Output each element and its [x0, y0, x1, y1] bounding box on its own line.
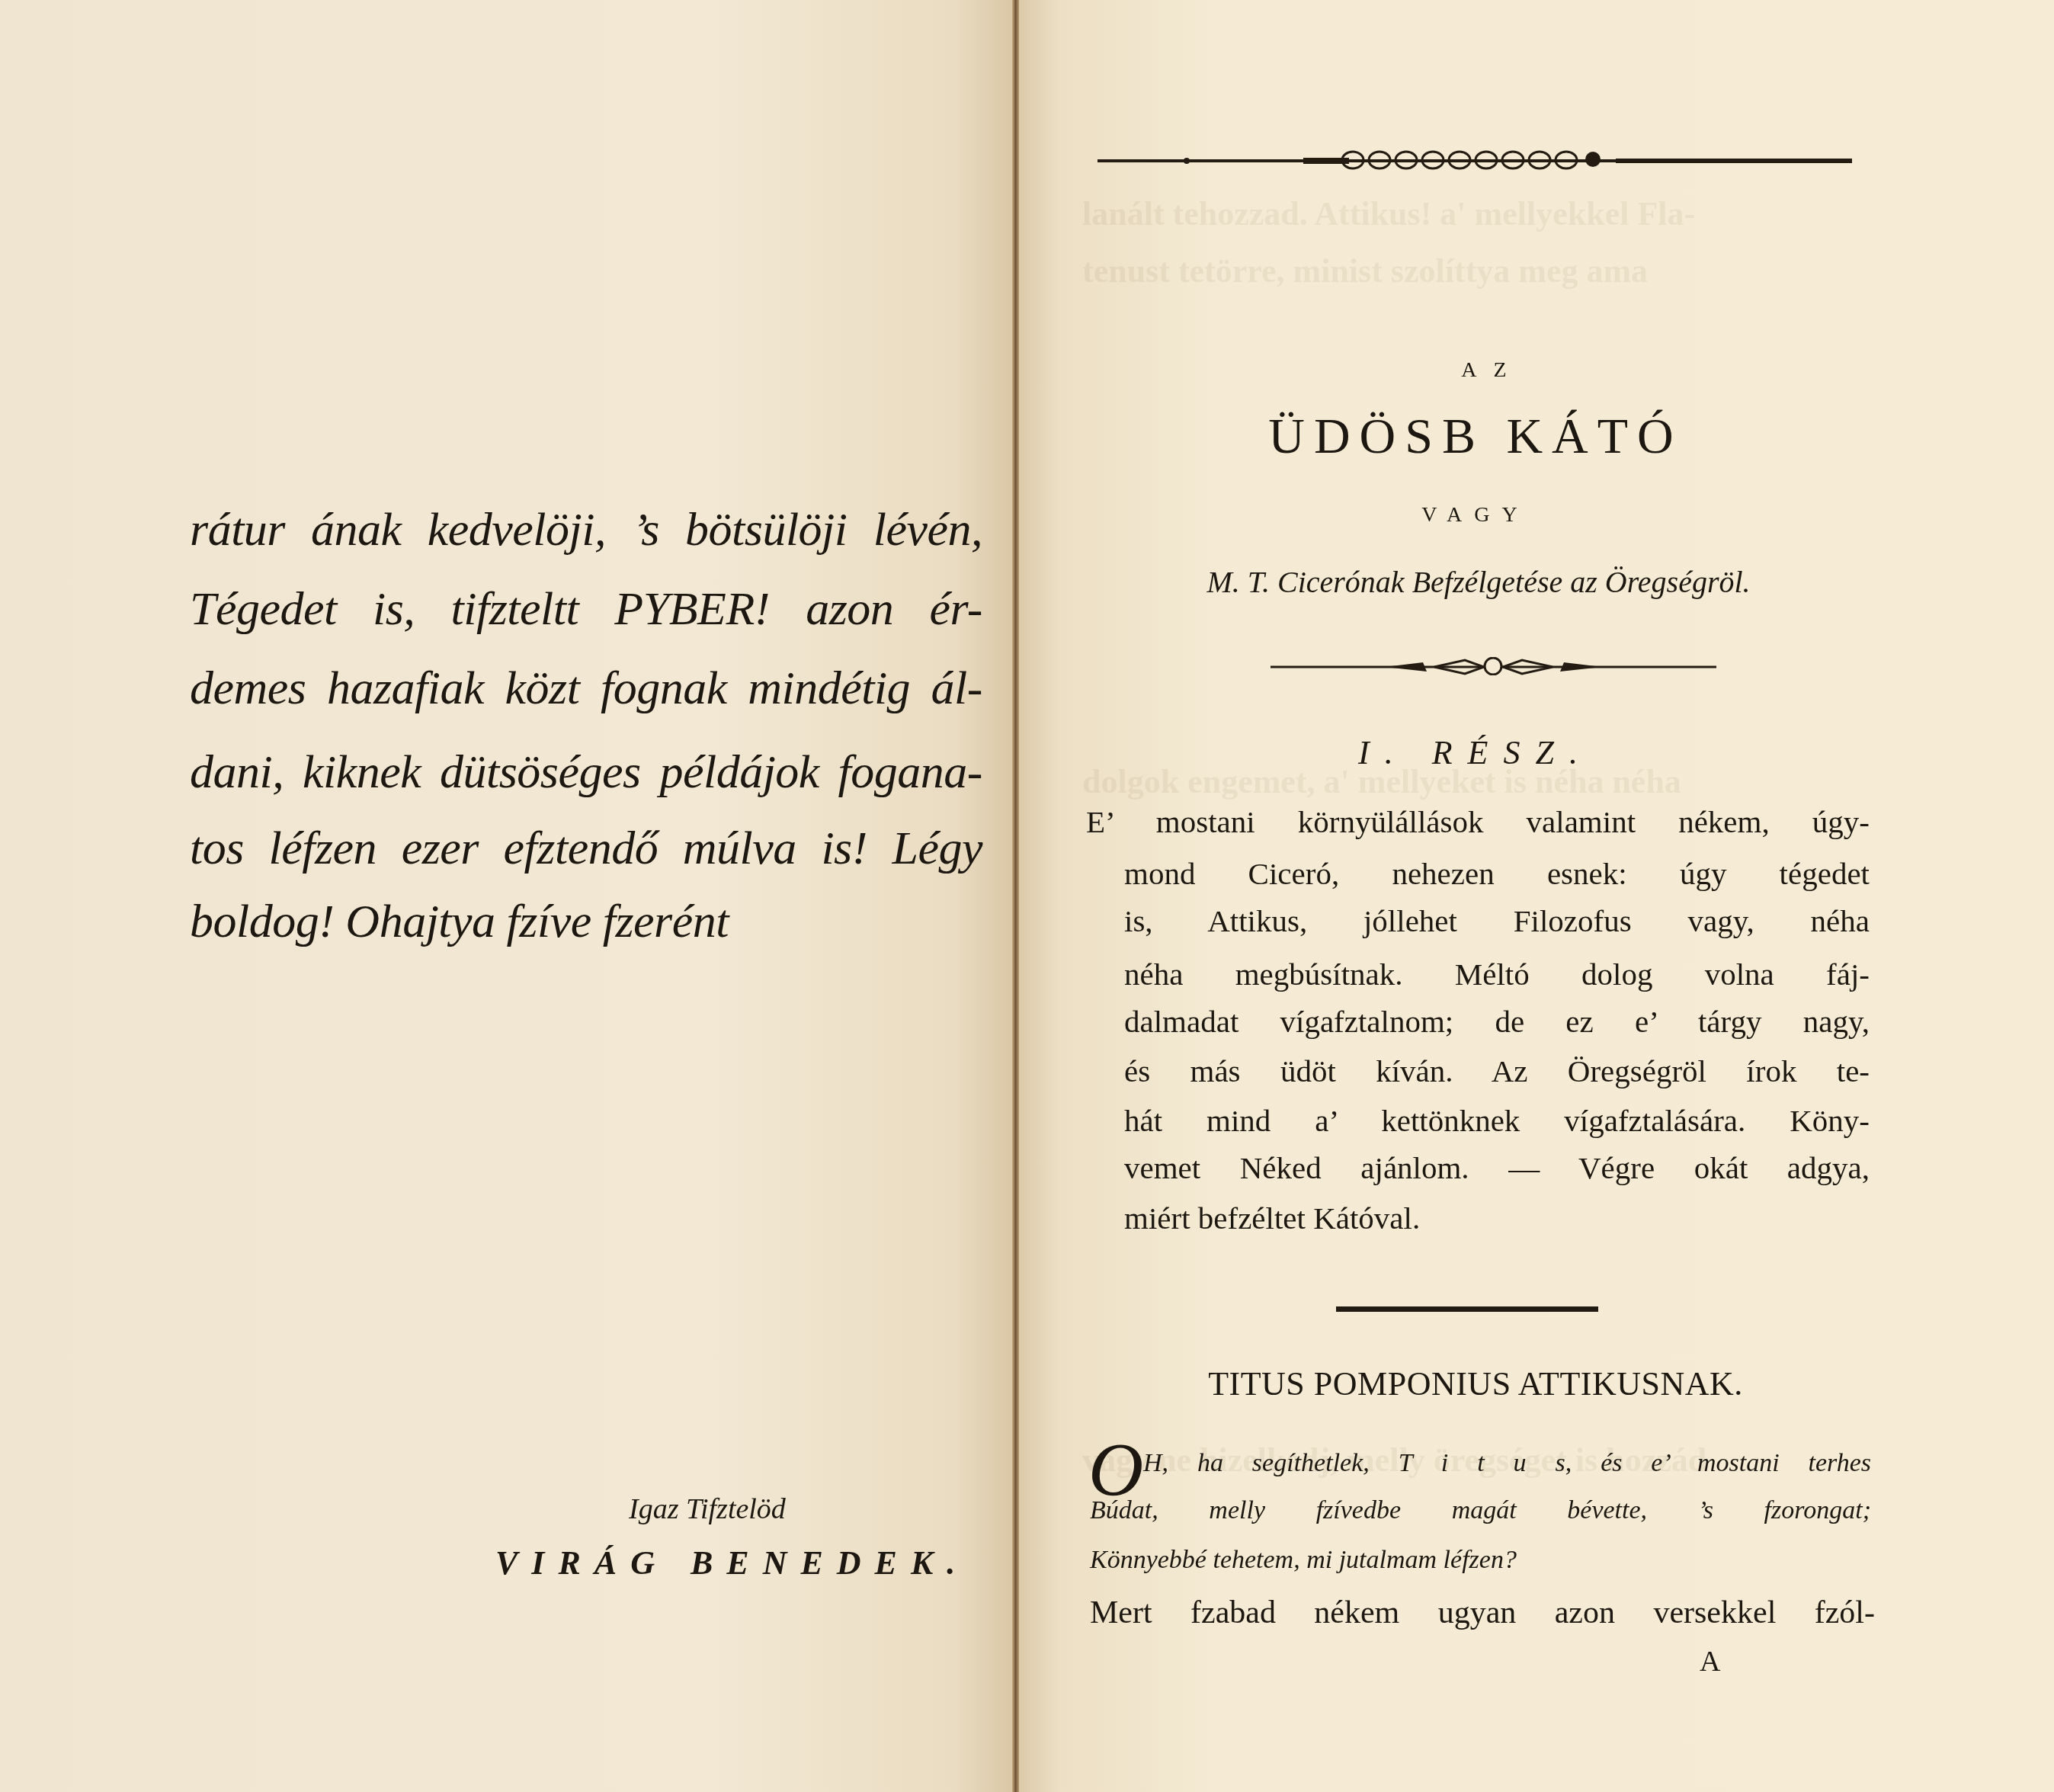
book-gutter	[1012, 0, 1019, 1792]
poem-line: H, ha segíthetlek, T i t u s, és e’ most…	[1143, 1451, 1871, 1476]
section-heading: I. RÉSZ.	[1018, 733, 1933, 772]
bleed-through-text: tenust tetörre, minist szolíttya meg ama	[1082, 252, 1648, 290]
poem-line: Búdat, melly fzívedbe magát bévette, ’s …	[1090, 1498, 1871, 1524]
book-subtitle: M. T. Cicerónak Befzélgetése az Öregségr…	[1097, 564, 1860, 600]
pre-title: AZ	[1018, 358, 1950, 383]
summary-line: hát mind a’ kettönknek vígafztalására. K…	[1124, 1105, 1870, 1136]
dedication-line: dani, kiknek dütsöséges példájok fogana-	[190, 749, 982, 796]
header-ornament-icon	[1097, 149, 1852, 171]
dedication-line: rátur ának kedvelöji, ’s bötsülöji lévén…	[190, 506, 982, 553]
summary-line: vemet Néked ajánlom. — Végre okát adgya,	[1124, 1152, 1870, 1184]
title-conjunction: VAGY	[1018, 503, 1933, 527]
dedication-line: demes hazafiak közt fognak mindétig ál-	[190, 665, 982, 712]
dedicatee-heading: TITUS POMPONIUS ATTIKUSNAK.	[1018, 1364, 1933, 1403]
body-text-line: Mert fzabad nékem ugyan azon versekkel f…	[1090, 1595, 1875, 1631]
catchword: A	[1700, 1645, 1720, 1678]
summary-line: E’ mostani környülállások valamint nékem…	[1086, 806, 1870, 838]
bleed-through-text: lanált tehozzad. Attikus! a' mellyekkel …	[1082, 194, 1695, 233]
summary-line: is, Attikus, jóllehet Filozofus vagy, né…	[1124, 906, 1870, 937]
poem-line: Könnyebbé tehetem, mi jutalmam léfzen?	[1090, 1547, 1517, 1573]
dedication-line: tos léfzen ezer efztendő múlva is! Légy	[190, 825, 982, 872]
dedication-line: Tégedet is, tifzteltt PYBER! azon ér-	[190, 585, 982, 633]
summary-line: néha megbúsítnak. Méltó dolog volna fáj-	[1124, 959, 1870, 990]
signature-name: VIRÁG BENEDEK.	[495, 1544, 969, 1582]
summary-line: miért befzéltet Kátóval.	[1124, 1203, 1870, 1234]
book-title: ÜDÖSB KÁTÓ	[1018, 408, 1933, 466]
section-rule	[1336, 1306, 1598, 1312]
summary-line: és más üdöt kíván. Az Öregségröl írok te…	[1124, 1056, 1870, 1087]
summary-line: mond Ciceró, nehezen esnek: úgy tégedet	[1124, 858, 1870, 890]
signature-closing: Igaz Tifztelöd	[629, 1492, 786, 1526]
divider-ornament-icon	[1271, 657, 1716, 675]
dedication-line: boldog! Ohajtya fzíve fzerént	[190, 898, 729, 945]
summary-line: dalmadat vígafztalnom; de ez e’ tárgy na…	[1124, 1006, 1870, 1037]
